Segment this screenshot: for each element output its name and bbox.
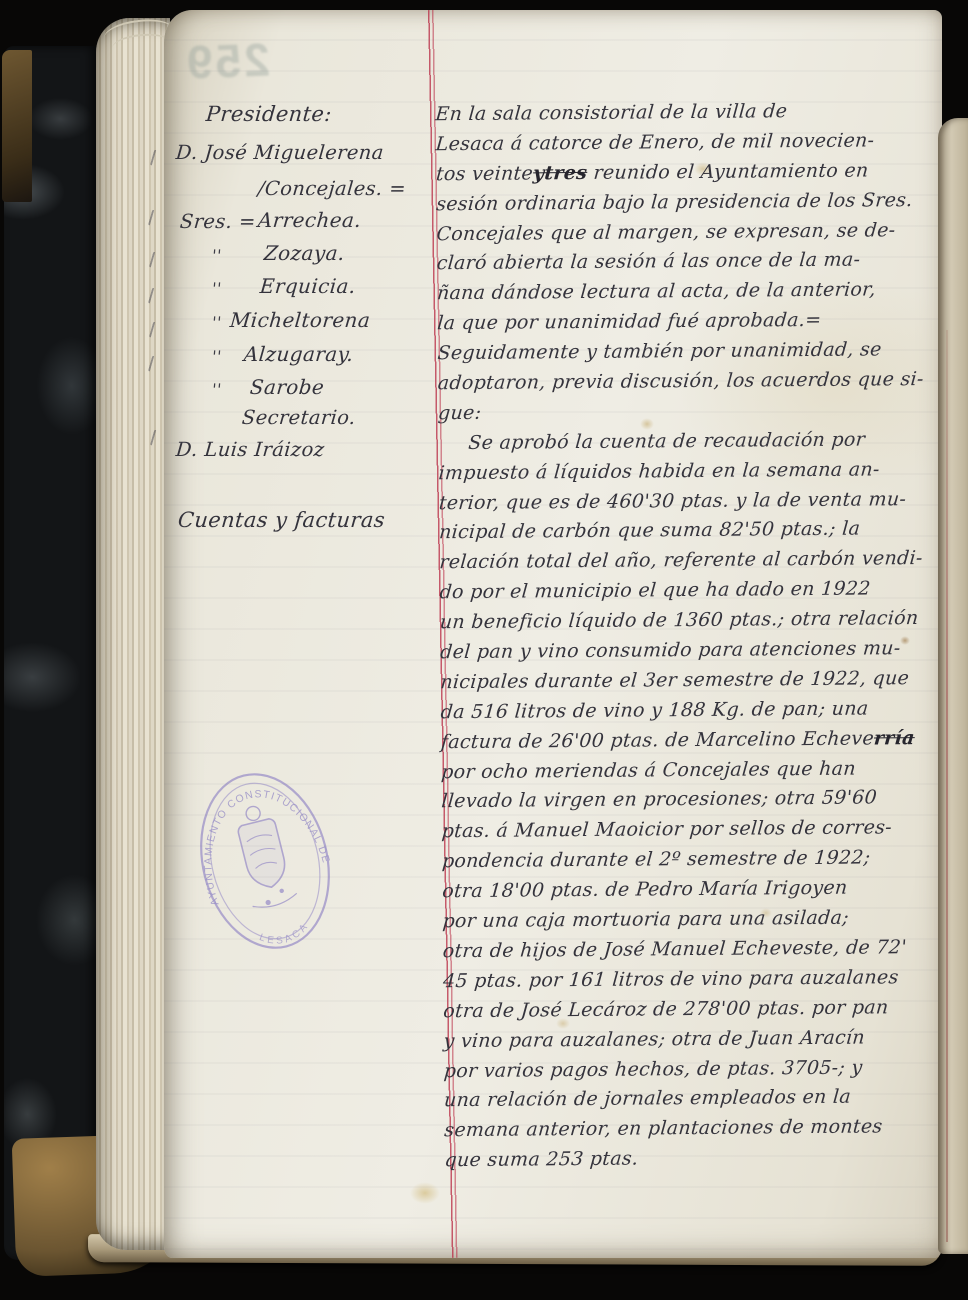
secretary-name: D. Luis Iráizoz bbox=[175, 438, 325, 461]
manuscript-line: relación total del año, referente al car… bbox=[438, 544, 942, 578]
manuscript-lines: En la sala consistorial de la villa deLe… bbox=[435, 96, 942, 1176]
secretary-label: Secretario. bbox=[241, 406, 357, 429]
ditto-mark: '' bbox=[211, 380, 222, 399]
manuscript-line: otra de hijos de José Manuel Echeveste, … bbox=[442, 933, 942, 967]
page-edge-stack bbox=[96, 18, 170, 1250]
struck-correction: ytres bbox=[532, 162, 588, 184]
manuscript-line: En la sala consistorial de la villa de bbox=[434, 96, 942, 130]
sres-label: Sres. = bbox=[179, 210, 257, 233]
manuscript-line: tos veinteytres reunido el Ayuntamiento … bbox=[435, 156, 942, 190]
councilor-name: Arrechea. bbox=[257, 208, 362, 232]
concejales-label: /Concejales. = bbox=[257, 177, 407, 200]
ditto-mark: '' bbox=[211, 313, 222, 332]
showthrough-page-number: 259 bbox=[183, 33, 271, 90]
manuscript-line: Seguidamente y también por unanimidad, s… bbox=[436, 335, 942, 369]
manuscript-line: claró abierta la sesión á las once de la… bbox=[436, 245, 942, 279]
manuscript-line: adoptaron, previa discusión, los acuerdo… bbox=[437, 365, 942, 399]
municipal-oval-stamp: AYUNTAMIENTO CONSTITUCIONAL DE LESACA bbox=[175, 752, 355, 970]
manuscript-line: por una caja mortuoria para una asilada; bbox=[441, 903, 942, 937]
manuscript-page: 259 Presidente: D. José Miguelerena /Con… bbox=[164, 10, 942, 1258]
manuscript-line: nicipal de carbón que suma 82'50 ptas.; … bbox=[438, 514, 942, 548]
president-label: Presidente: bbox=[205, 102, 333, 126]
manuscript-line: do por el municipio el que ha dado en 19… bbox=[438, 574, 942, 608]
manuscript-line: factura de 26'00 ptas. de Marcelino Eche… bbox=[440, 723, 942, 757]
councilor-name: Alzugaray. bbox=[243, 342, 355, 366]
manuscript-line: por varios pagos hechos, de ptas. 3705-;… bbox=[443, 1052, 942, 1086]
facing-page-crease bbox=[946, 330, 948, 1242]
manuscript-line: la que por unanimidad fué aprobada.= bbox=[436, 305, 942, 339]
manuscript-line: 45 ptas. por 161 litros de vino para auz… bbox=[442, 963, 942, 997]
manuscript-line: ñana dándose lectura al acta, de la ante… bbox=[436, 275, 942, 309]
manuscript-line: que suma 253 ptas. bbox=[443, 1142, 942, 1176]
struck-correction: rría bbox=[873, 727, 915, 749]
paper-stain bbox=[410, 1182, 440, 1204]
manuscript-line: una relación de jornales empleados en la bbox=[443, 1082, 942, 1116]
councilor-name: Zozaya. bbox=[263, 241, 346, 265]
manuscript-line: un beneficio líquido de 1360 ptas.; otra… bbox=[439, 604, 942, 638]
councilor-name: Erquicia. bbox=[259, 274, 357, 298]
facing-page-sliver bbox=[938, 118, 968, 1254]
manuscript-line: nicipales durante el 3er semestre de 192… bbox=[439, 664, 942, 698]
president-name: D. José Miguelerena bbox=[175, 141, 385, 164]
manuscript-line: sesión ordinaria bajo la presidencia de … bbox=[435, 185, 942, 219]
manuscript-line: ptas. á Manuel Maoicior por sellos de co… bbox=[441, 813, 942, 847]
manuscript-line: semana anterior, en plantaciones de mont… bbox=[443, 1112, 942, 1146]
ditto-mark: '' bbox=[211, 246, 222, 265]
book-cover-marbled bbox=[4, 46, 98, 1260]
manuscript-line: llevado la virgen en procesiones; otra 5… bbox=[440, 783, 942, 817]
margin-note-cuentas-y-facturas: Cuentas y facturas bbox=[177, 508, 386, 532]
manuscript-line: Lesaca á catorce de Enero, de mil noveci… bbox=[435, 126, 942, 160]
ditto-mark: '' bbox=[211, 279, 222, 298]
manuscript-line: da 516 litros de vino y 188 Kg. de pan; … bbox=[439, 694, 942, 728]
ditto-mark: '' bbox=[211, 347, 222, 366]
councilor-name: Sarobe bbox=[249, 375, 325, 399]
manuscript-line: otra 18'00 ptas. de Pedro María Irigoyen bbox=[441, 873, 942, 907]
scanned-book-photograph: 259 Presidente: D. José Miguelerena /Con… bbox=[0, 0, 968, 1300]
manuscript-line: del pan y vino consumido para atenciones… bbox=[439, 634, 942, 668]
manuscript-line: pondencia durante el 2º semestre de 1922… bbox=[441, 843, 942, 877]
manuscript-line: otra de José Lecároz de 278'00 ptas. por… bbox=[442, 992, 942, 1026]
councilor-name: Micheltorena bbox=[229, 308, 371, 332]
stamp-coat-of-arms bbox=[229, 801, 298, 911]
manuscript-line: y vino para auzalanes; otra de Juan Arac… bbox=[442, 1022, 942, 1056]
manuscript-line: impuesto á líquidos habida en la semana … bbox=[437, 454, 942, 488]
book-spine-corner bbox=[2, 50, 32, 202]
manuscript-line: gue: bbox=[437, 395, 942, 429]
manuscript-line: Se aprobó la cuenta de recaudación por bbox=[437, 425, 942, 459]
